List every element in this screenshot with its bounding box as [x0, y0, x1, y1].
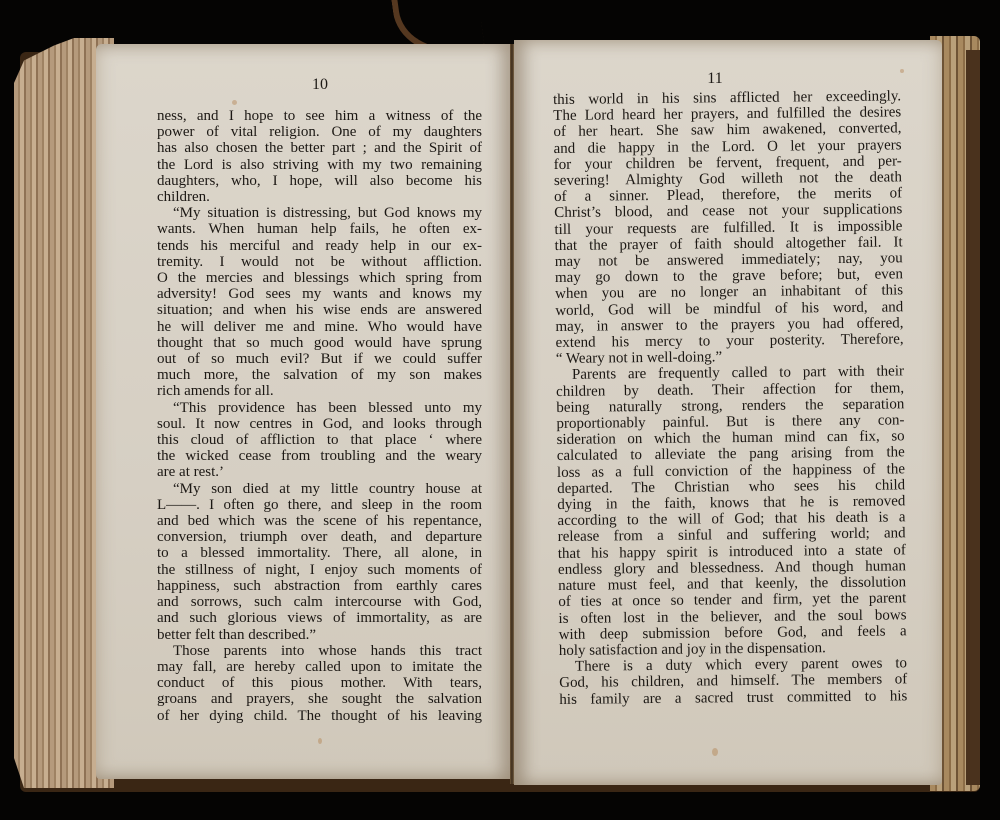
text-line: tremity. I would not be without afflicti…	[157, 254, 482, 270]
page-number-right: 11	[685, 70, 745, 88]
text-line: and such glorious views of immortality, …	[157, 610, 482, 626]
text-line: “My son died at my little country house …	[157, 481, 482, 497]
text-line: he will deliver me and mine. Who would h…	[157, 319, 482, 335]
text-line: much more, the salvation of my son makes	[157, 367, 482, 383]
text-line: of her dying child. The thought of his l…	[157, 708, 482, 724]
text-line: wants. When human help fails, he often e…	[157, 221, 482, 237]
text-line: and bed which was the scene of his repen…	[157, 513, 482, 529]
foxing-stain	[318, 738, 322, 744]
text-line: adversity! God sees my wants and knows m…	[157, 286, 482, 302]
text-line: children.	[157, 189, 482, 205]
text-line: may fall, are hereby called upon to imit…	[157, 659, 482, 675]
book-gutter	[510, 44, 514, 784]
text-line: better felt than described.”	[157, 627, 482, 643]
text-line: soul. It now centres in God, and looks t…	[157, 416, 482, 432]
text-line: happiness, such abstraction from earthly…	[157, 578, 482, 594]
left-page-body-text: ness, and I hope to see him a witness of…	[157, 108, 482, 724]
foxing-stain	[900, 69, 904, 73]
text-line: situation; and when his wise ends are an…	[157, 302, 482, 318]
text-line: conversion, triumph over death, and depa…	[157, 529, 482, 545]
text-line: tends his merciful and ready help in our…	[157, 238, 482, 254]
foxing-stain	[232, 100, 237, 105]
foxing-stain	[712, 748, 718, 756]
right-page-body-text: this world in his sins afflicted her exc…	[553, 88, 907, 707]
text-line: the stillness of night, I enjoy such mom…	[157, 562, 482, 578]
text-line: out of so much evil? But if we could suf…	[157, 351, 482, 367]
text-line: are at rest.’	[157, 464, 482, 480]
text-line: and sorrows, such calm intercourse with …	[157, 594, 482, 610]
text-line: “This providence has been blessed unto m…	[157, 400, 482, 416]
text-line: L——. I often go there, and sleep in the …	[157, 497, 482, 513]
text-line: this cloud of affliction to that place ‘…	[157, 432, 482, 448]
page-number-left: 10	[290, 76, 350, 94]
text-line: the wicked cease from troubling and the …	[157, 448, 482, 464]
text-line: Those parents into whose hands this trac…	[157, 643, 482, 659]
text-line: groans and prayers, she sought the salva…	[157, 691, 482, 707]
text-line: has also chosen the better part ; and th…	[157, 140, 482, 156]
text-line: conduct of this pious mother. With tears…	[157, 675, 482, 691]
text-line: ness, and I hope to see him a witness of…	[157, 108, 482, 124]
text-line: thought that so much good would have spr…	[157, 335, 482, 351]
text-line: rich amends for all.	[157, 383, 482, 399]
text-line: power of vital religion. One of my daugh…	[157, 124, 482, 140]
text-line: daughters, who, I hope, will also become…	[157, 173, 482, 189]
text-line: “My situation is distressing, but God kn…	[157, 205, 482, 221]
text-line: O the mercies and blessings which spring…	[157, 270, 482, 286]
text-line: the Lord is also striving with my two re…	[157, 157, 482, 173]
text-line: to a blessed immortality. There, all alo…	[157, 545, 482, 561]
